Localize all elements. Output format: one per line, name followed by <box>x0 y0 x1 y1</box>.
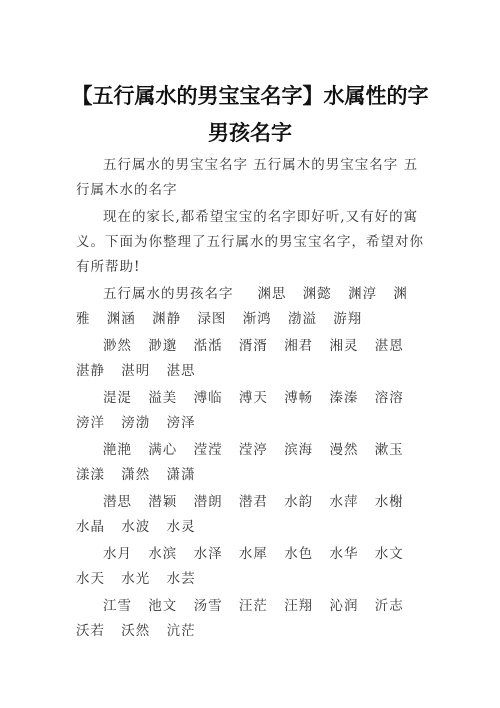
name-list-paragraph: 江雪 池文 汤雪 汪茫 汪翔 沁润 沂志 沃若 沃然 沆茫 <box>76 594 428 644</box>
name-entry: 滂洋 <box>76 415 105 431</box>
name-entry: 漫然 <box>329 442 358 458</box>
name-entry: 江雪 <box>103 598 132 614</box>
name-entry: 渊懿 <box>303 286 332 302</box>
name-list-paragraph: 潜思 潜颖 潜朗 潜君 水韵 水萍 水榭 水晶 水波 水灵 <box>76 490 428 540</box>
name-entry: 水榭 <box>375 494 404 510</box>
name-entry: 水华 <box>329 546 358 562</box>
name-entry: 滢渟 <box>239 442 268 458</box>
name-entry: 渊淳 <box>348 286 377 302</box>
name-entry: 水芸 <box>167 571 196 587</box>
name-entry: 溢美 <box>148 390 177 406</box>
name-entry: 水月 <box>103 546 132 562</box>
name-list-paragraph: 湜湜 溢美 溥临 溥天 溥畅 溱溱 溶溶 滂洋 滂渤 滂泽 <box>76 386 428 436</box>
name-list-paragraph: 渺然 渺邈 湉湉 湑湑 湘君 湘灵 湛恩 湛静 湛明 湛思 <box>76 334 428 384</box>
name-entry: 水犀 <box>239 546 268 562</box>
name-entry: 漾漾 <box>76 467 105 483</box>
name-entry: 满心 <box>148 442 177 458</box>
name-list-lead: 五行属水的男孩名字 <box>103 286 234 302</box>
name-list-paragraph: 五行属水的男孩名字渊思 渊懿 渊淳 渊雅 渊涵 渊静 渌图 渐鸿 渤溢 游翔 <box>76 282 428 332</box>
name-entry: 水文 <box>375 546 404 562</box>
name-entry: 沃若 <box>76 623 105 639</box>
name-entry: 溥天 <box>239 390 268 406</box>
name-entry: 汪茫 <box>239 598 268 614</box>
name-entry: 渺邈 <box>148 338 177 354</box>
name-entry: 湑湑 <box>239 338 268 354</box>
name-entry: 溥临 <box>194 390 223 406</box>
name-entry: 水波 <box>121 519 150 535</box>
name-entry: 滟滟 <box>103 442 132 458</box>
name-entry: 湛思 <box>167 363 196 379</box>
name-entry: 湘灵 <box>329 338 358 354</box>
name-entry: 水萍 <box>329 494 358 510</box>
name-entry: 滂渤 <box>121 415 150 431</box>
name-entry: 滂泽 <box>167 415 196 431</box>
name-entry: 水灵 <box>167 519 196 535</box>
name-entry: 渐鸿 <box>243 311 272 327</box>
name-entry: 水韵 <box>284 494 313 510</box>
name-entry: 汤雪 <box>194 598 223 614</box>
name-entry: 漱玉 <box>375 442 404 458</box>
document-body: 五行属水的男宝宝名字 五行属木的男宝宝名字 五行属木水的名字 现在的家长,都希望… <box>76 153 428 646</box>
name-entry: 水光 <box>121 571 150 587</box>
name-entry: 潇然 <box>121 467 150 483</box>
name-entry: 渌图 <box>197 311 226 327</box>
name-entry: 水晶 <box>76 519 105 535</box>
name-entry: 湛恩 <box>375 338 404 354</box>
name-entry: 沂志 <box>375 598 404 614</box>
name-entry: 溥畅 <box>284 390 313 406</box>
name-entry: 渊静 <box>152 311 181 327</box>
name-entry: 水天 <box>76 571 105 587</box>
name-entry: 渊涵 <box>107 311 136 327</box>
name-entry: 水滨 <box>148 546 177 562</box>
name-entry: 湛静 <box>76 363 105 379</box>
name-entry: 水色 <box>284 546 313 562</box>
name-entry: 湘君 <box>284 338 313 354</box>
name-entry: 游翔 <box>333 311 362 327</box>
name-entry: 湜湜 <box>103 390 132 406</box>
name-entry: 滢滢 <box>194 442 223 458</box>
name-entry: 潜思 <box>103 494 132 510</box>
name-entry: 湉湉 <box>194 338 223 354</box>
name-list-paragraph: 滟滟 满心 滢滢 滢渟 滨海 漫然 漱玉 漾漾 潇然 潇潇 <box>76 438 428 488</box>
document-title: 【五行属水的男宝宝名字】水属性的字男孩名字 <box>70 78 430 152</box>
name-entry: 沆茫 <box>167 623 196 639</box>
intro-paragraph-2: 现在的家长,都希望宝宝的名字即好听,又有好的寓义。下面为你整理了五行属水的男宝宝… <box>76 205 428 280</box>
name-entry: 潜朗 <box>194 494 223 510</box>
name-entry: 渤溢 <box>288 311 317 327</box>
name-entry: 潜君 <box>239 494 268 510</box>
name-entry: 溱溱 <box>329 390 358 406</box>
name-entry: 池文 <box>148 598 177 614</box>
name-entry: 渊思 <box>258 286 287 302</box>
name-entry: 沃然 <box>121 623 150 639</box>
document-page: 【五行属水的男宝宝名字】水属性的字男孩名字 五行属水的男宝宝名字 五行属木的男宝… <box>0 0 500 708</box>
name-entry: 渺然 <box>103 338 132 354</box>
name-lists: 五行属水的男孩名字渊思 渊懿 渊淳 渊雅 渊涵 渊静 渌图 渐鸿 渤溢 游翔 渺… <box>76 282 428 644</box>
intro-paragraph-1: 五行属水的男宝宝名字 五行属木的男宝宝名字 五行属木水的名字 <box>76 153 428 203</box>
name-entry: 水泽 <box>194 546 223 562</box>
name-entry: 溶溶 <box>375 390 404 406</box>
name-list-paragraph: 水月 水滨 水泽 水犀 水色 水华 水文 水天 水光 水芸 <box>76 542 428 592</box>
name-entry: 沁润 <box>329 598 358 614</box>
name-entry: 潇潇 <box>167 467 196 483</box>
name-entry: 潜颖 <box>148 494 177 510</box>
name-entry: 湛明 <box>121 363 150 379</box>
name-entry: 汪翔 <box>284 598 313 614</box>
name-entry: 滨海 <box>284 442 313 458</box>
